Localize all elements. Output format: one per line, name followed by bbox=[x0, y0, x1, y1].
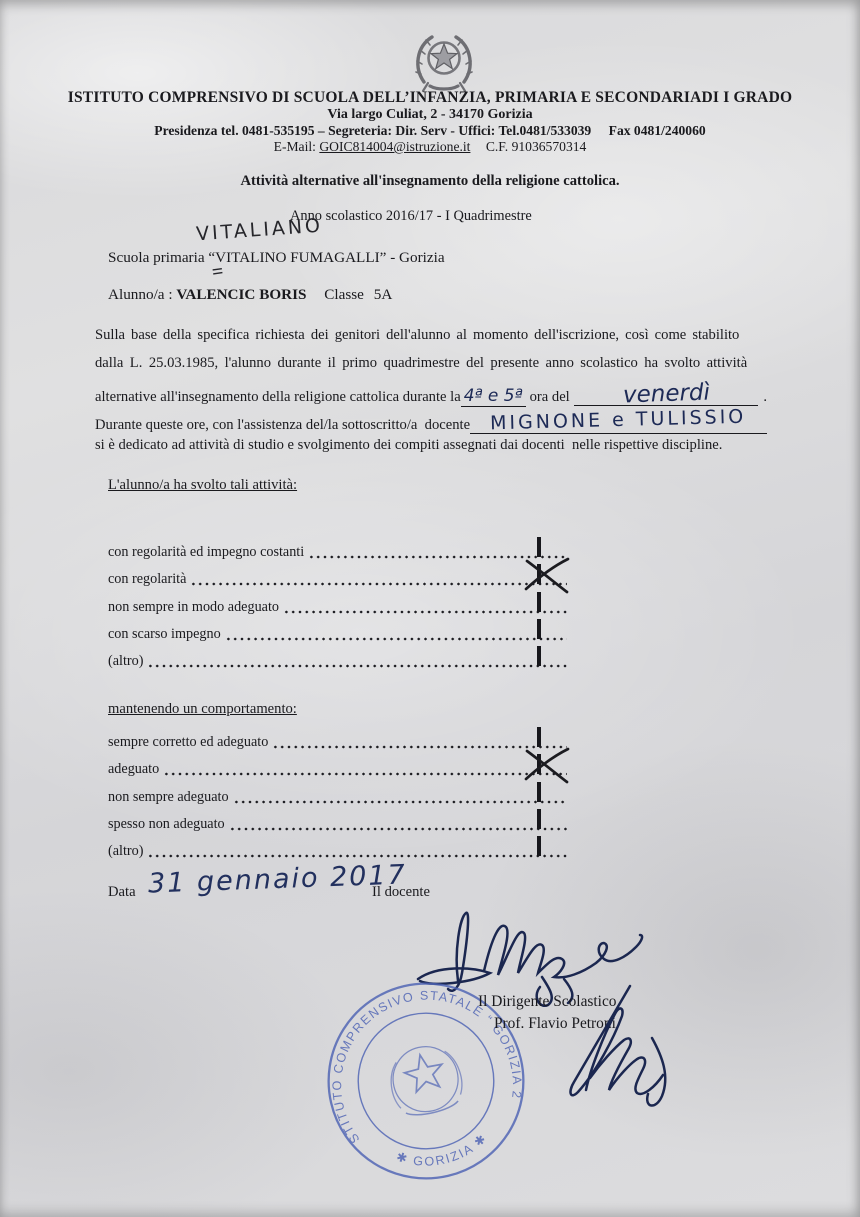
fiscal-code: C.F. 91036570314 bbox=[486, 139, 587, 154]
stamp-bottom-text: ✱ GORIZIA ✱ bbox=[392, 1129, 493, 1177]
institute-contacts: Presidenza tel. 0481-535195 – Segreteria… bbox=[0, 123, 860, 139]
handwritten-date: 31 gennaio 2017 bbox=[148, 859, 408, 899]
paragraph-line-3: alternative all'insegnamento della relig… bbox=[95, 381, 767, 406]
paragraph-line-5: si è dedicato ad attività di studio e sv… bbox=[95, 437, 767, 454]
activity-label: con regolarità bbox=[108, 571, 186, 589]
day-blank-line: venerdì bbox=[574, 381, 759, 406]
school-year-line: Anno scolastico 2016/17 - I Quadrimestre bbox=[290, 208, 532, 225]
teacher-blank-line: MIGNONE e TULISSIO bbox=[470, 409, 767, 434]
email-label: E-Mail: bbox=[274, 139, 316, 154]
scanned-document: ISTITUTO COMPRENSIVO DI SCUOLA DELL’INFA… bbox=[0, 0, 860, 1217]
svg-text:✱ GORIZIA ✱: ✱ GORIZIA ✱ bbox=[392, 1129, 493, 1177]
italy-emblem-icon bbox=[407, 30, 481, 96]
dotted-leader bbox=[283, 600, 567, 614]
checkbox bbox=[537, 566, 556, 585]
checkbox bbox=[537, 756, 556, 775]
activity-row: (altro) bbox=[108, 647, 570, 671]
institute-name: ISTITUTO COMPRENSIVO DI SCUOLA DELL’INFA… bbox=[0, 89, 860, 107]
fax-number: Fax 0481/240060 bbox=[609, 123, 706, 138]
dotted-leader bbox=[147, 654, 567, 668]
x-mark-icon bbox=[524, 746, 570, 788]
activities-heading: L'alunno/a ha svolto tali attività: bbox=[108, 477, 297, 494]
paragraph-line-1: Sulla base della specifica richiesta dei… bbox=[95, 327, 767, 344]
institute-address: Via largo Culiat, 2 - 34170 Gorizia bbox=[0, 107, 860, 123]
activity-row: con regolarità ed impegno costanti bbox=[108, 538, 570, 562]
dotted-leader bbox=[190, 572, 567, 586]
handwritten-hours: 4ª e 5ª bbox=[461, 386, 526, 407]
checkbox bbox=[537, 621, 556, 640]
paragraph-line-2: dalla L. 25.03.1985, l'alunno durante il… bbox=[95, 355, 767, 372]
activity-label: con scarso impegno bbox=[108, 626, 221, 644]
director-signature bbox=[512, 980, 697, 1120]
behavior-label: spesso non adeguato bbox=[108, 816, 225, 834]
activity-row: non sempre in modo adeguato bbox=[108, 593, 570, 617]
svg-text:ISTITUTO COMPRENSIVO STATALE “: ISTITUTO COMPRENSIVO STATALE “ GORIZIA 2… bbox=[295, 946, 531, 1150]
checkbox bbox=[537, 784, 556, 803]
dotted-leader bbox=[233, 790, 567, 804]
behavior-label: sempre corretto ed adeguato bbox=[108, 734, 268, 752]
checkbox bbox=[537, 838, 556, 857]
behavior-heading: mantenendo un comportamento: bbox=[108, 701, 297, 718]
checkbox bbox=[537, 594, 556, 613]
class-label: Classe bbox=[324, 286, 364, 303]
x-mark-icon bbox=[524, 556, 570, 598]
handwritten-school-name-correction: VITALIANO bbox=[195, 215, 323, 246]
activity-row: con regolarità bbox=[108, 565, 570, 589]
dotted-leader bbox=[225, 627, 567, 641]
institute-email-line: E-Mail: GOIC814004@istruzione.it C.F. 91… bbox=[0, 139, 860, 155]
dotted-leader bbox=[229, 817, 567, 831]
activity-label: con regolarità ed impegno costanti bbox=[108, 544, 304, 562]
behavior-row: adeguato bbox=[108, 755, 570, 779]
behavior-label: adeguato bbox=[108, 761, 159, 779]
handwritten-teacher-names: MIGNONE e TULISSIO bbox=[490, 406, 747, 435]
activity-label: non sempre in modo adeguato bbox=[108, 599, 279, 617]
stamp-ring-text: ISTITUTO COMPRENSIVO STATALE “ GORIZIA 2… bbox=[295, 946, 531, 1150]
paragraph-line-4: Durante queste ore, con l'assistenza del… bbox=[95, 409, 767, 434]
contacts-text: Presidenza tel. 0481-535195 – Segreteria… bbox=[154, 123, 591, 138]
line3-ora-del: ora del bbox=[530, 389, 570, 406]
checkbox bbox=[537, 648, 556, 667]
date-label: Data bbox=[108, 884, 136, 901]
line3-printed-text: alternative all'insegnamento della relig… bbox=[95, 389, 461, 406]
dotted-leader bbox=[272, 735, 567, 749]
student-label: Alunno/a : bbox=[108, 286, 173, 303]
line4-printed-text: Durante queste ore, con l'assistenza del… bbox=[95, 417, 470, 434]
dotted-leader bbox=[147, 844, 567, 858]
behavior-label: (altro) bbox=[108, 843, 143, 861]
document-title: Attività alternative all'insegnamento de… bbox=[0, 173, 860, 190]
email-address: GOIC814004@istruzione.it bbox=[319, 139, 470, 154]
behavior-row: sempre corretto ed adeguato bbox=[108, 728, 570, 752]
school-line: Scuola primaria “VITALINO FUMAGALLI” - G… bbox=[108, 249, 445, 267]
behavior-row: (altro) bbox=[108, 837, 570, 861]
handwritten-day: venerdì bbox=[622, 379, 710, 408]
dotted-leader bbox=[163, 762, 567, 776]
checkbox bbox=[537, 811, 556, 830]
behavior-label: non sempre adeguato bbox=[108, 789, 229, 807]
student-name: VALENCIC BORIS bbox=[176, 286, 306, 303]
behavior-row: spesso non adeguato bbox=[108, 810, 570, 834]
student-line: Alunno/a : VALENCIC BORIS Classe 5A bbox=[108, 286, 392, 304]
class-value: 5A bbox=[374, 286, 393, 303]
activity-label: (altro) bbox=[108, 653, 143, 671]
line3-period: . bbox=[763, 389, 767, 406]
activity-row: con scarso impegno bbox=[108, 620, 570, 644]
behavior-row: non sempre adeguato bbox=[108, 783, 570, 807]
